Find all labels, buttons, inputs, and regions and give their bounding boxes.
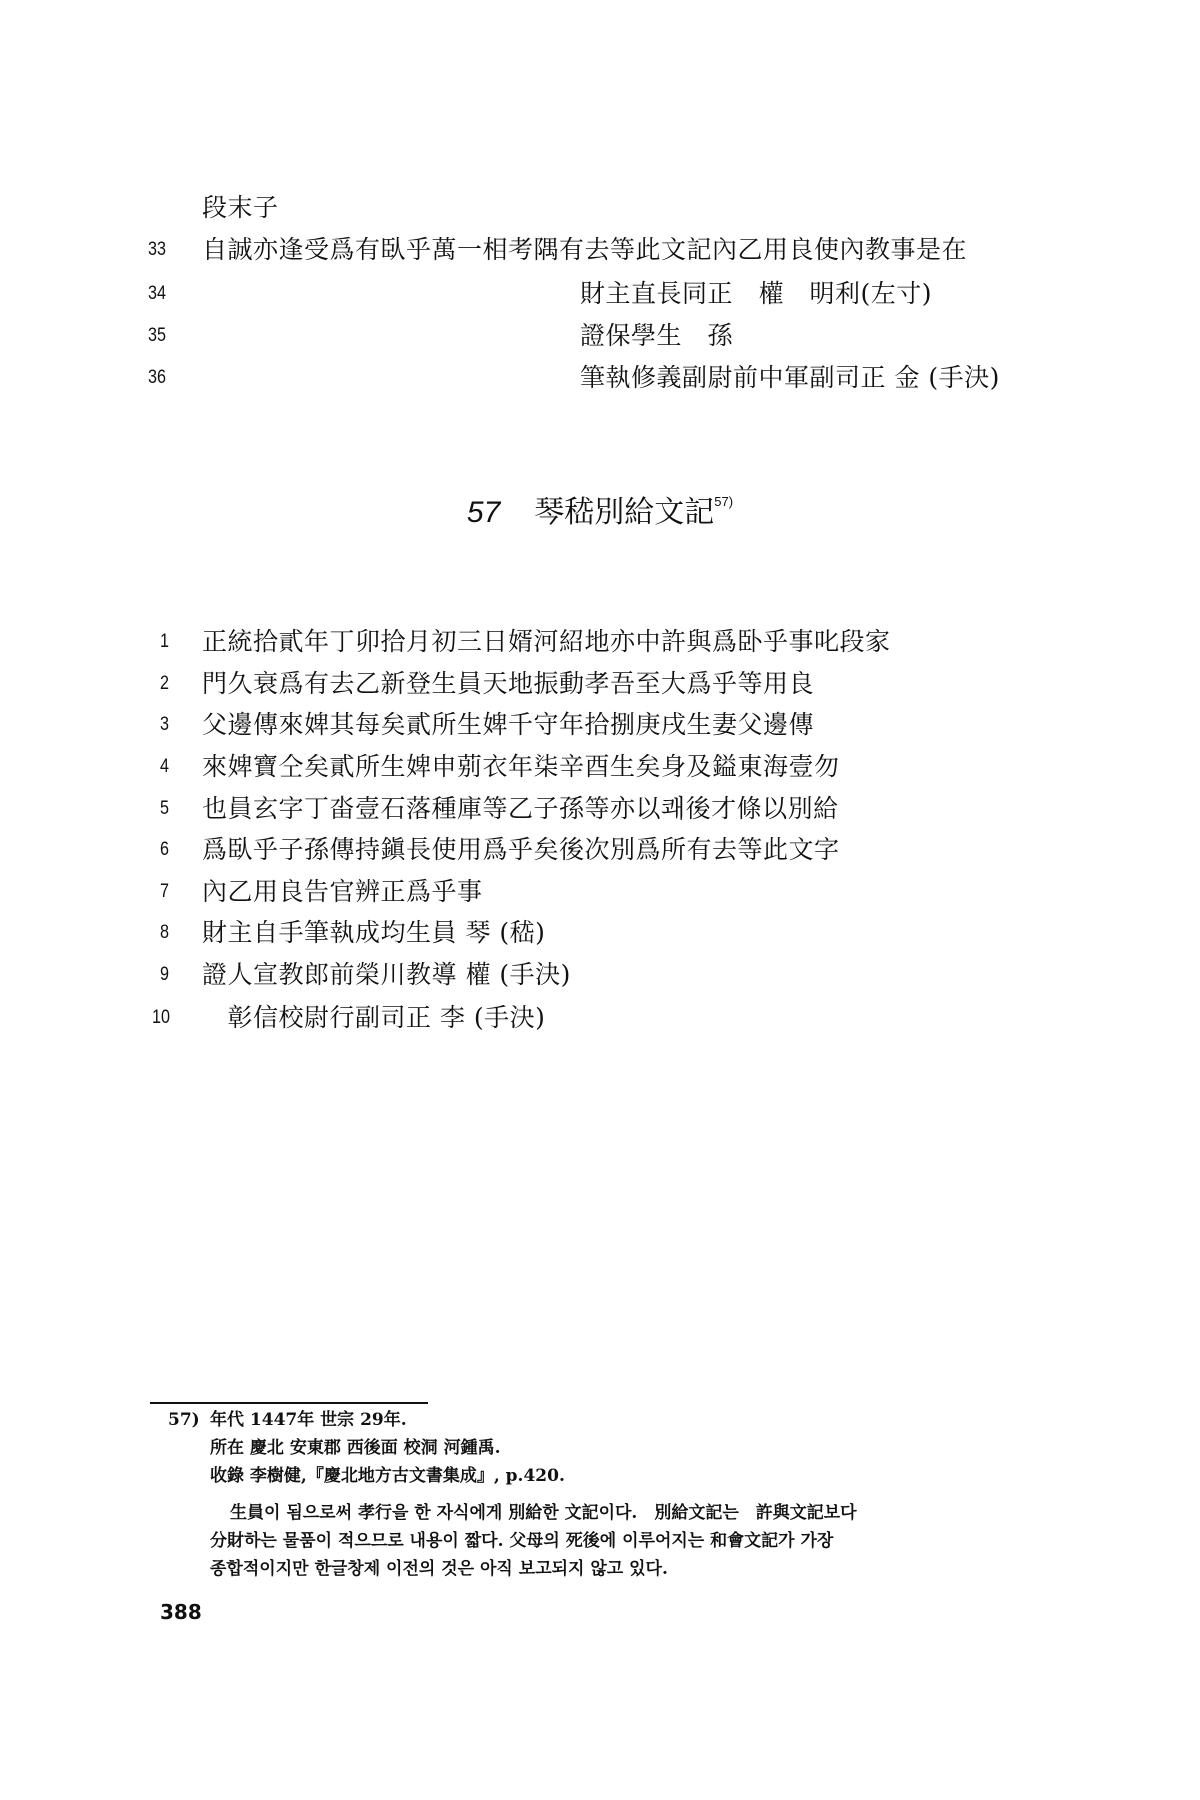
line-number: 6 (160, 830, 169, 870)
page-number: 388 (160, 1600, 202, 1624)
footnote-para-2: 分財하는 물품이 적으므로 내용이 짧다. 父母의 死後에 이루어지는 和會文記… (210, 1527, 833, 1555)
line-number: 2 (160, 664, 169, 704)
line-text: 門久衰爲有去乙新登生員天地振動孝吾至大爲乎等用良 (202, 664, 814, 704)
document-title-text: 琴嵇別給文記 (534, 495, 714, 530)
line-33: 33 自誠亦逢受爲有臥乎萬一相考隅有去等此文記內乙用良使內教事是在 (0, 230, 1200, 270)
doc-line-10: 10 彰信校尉行副司正 李 (手決) (0, 998, 1200, 1038)
doc-line-8: 8 財主自手筆執成均生員 琴 (嵇) (0, 913, 1200, 953)
footnote-source: 收錄 李樹健,『慶北地方古文書集成』, p.420. (210, 1462, 565, 1490)
line-34: 34 財主直長同正 權 明利(左寸) (0, 274, 1200, 314)
footnote-ref: 57) (714, 494, 733, 509)
line-number: 1 (160, 622, 169, 662)
doc-line-4: 4 來婢寶仝矣貳所生婢申莂衣年柒辛酉生矣身及鎰東海壹勿 (0, 747, 1200, 787)
line-number: 9 (160, 955, 169, 995)
line-text: 筆執修義副尉前中軍副司正 金 (手決) (580, 358, 1000, 398)
document-title: 57琴嵇別給文記57) (0, 480, 1200, 535)
footnote-divider (150, 1402, 428, 1404)
line-number: 7 (160, 872, 169, 912)
line-number: 4 (160, 747, 169, 787)
doc-line-3: 3 父邊傳來婢其每矣貳所生婢千守年拾捌庚戌生妻父邊傳 (0, 705, 1200, 745)
line-text: 正統拾貳年丁卯拾月初三日婿河紹地亦中許與爲卧乎事叱段家 (202, 622, 891, 662)
line-35: 35 證保學生 孫 (0, 316, 1200, 356)
doc-line-1: 1 正統拾貳年丁卯拾月初三日婿河紹地亦中許與爲卧乎事叱段家 (0, 622, 1200, 662)
line-text: 證人宣教郎前榮川教導 權 (手決) (202, 955, 571, 995)
line-number: 34 (148, 274, 166, 314)
line-text: 證保學生 孫 (580, 316, 733, 356)
line-number: 8 (160, 913, 169, 953)
line-number: 35 (148, 316, 166, 356)
doc-line-5: 5 也員玄字丁畓壹石落種庫等乙子孫等亦以쾌後才條以別給 (0, 789, 1200, 829)
line-number: 3 (160, 705, 169, 745)
footnote-marker: 57) (168, 1406, 200, 1434)
line-text: 自誠亦逢受爲有臥乎萬一相考隅有去等此文記內乙用良使內教事是在 (202, 230, 967, 270)
preline-text: 段末子 (202, 188, 279, 228)
document-number: 57 (467, 496, 500, 529)
line-text: 財主直長同正 權 明利(左寸) (580, 274, 932, 314)
footnote-era: 年代 1447年 世宗 29年. (210, 1406, 407, 1434)
doc-line-2: 2 門久衰爲有去乙新登生員天地振動孝吾至大爲乎等用良 (0, 664, 1200, 704)
line-text: 來婢寶仝矣貳所生婢申莂衣年柒辛酉生矣身及鎰東海壹勿 (202, 747, 840, 787)
line-36: 36 筆執修義副尉前中軍副司正 金 (手決) (0, 358, 1200, 398)
footnote-location: 所在 慶北 安東郡 西後面 校洞 河鍾禹. (210, 1434, 501, 1462)
line-number: 36 (148, 358, 166, 398)
doc-line-9: 9 證人宣教郎前榮川教導 權 (手決) (0, 955, 1200, 995)
line-number: 5 (160, 789, 169, 829)
doc-line-6: 6 爲臥乎子孫傳持鎭長使用爲乎矣後次別爲所有去等此文字 (0, 830, 1200, 870)
line-text: 爲臥乎子孫傳持鎭長使用爲乎矣後次別爲所有去等此文字 (202, 830, 840, 870)
line-text: 父邊傳來婢其每矣貳所生婢千守年拾捌庚戌生妻父邊傳 (202, 705, 814, 745)
line-text: 彰信校尉行副司正 李 (手決) (202, 998, 545, 1038)
footnote-para-1: 生員이 됨으로써 孝行을 한 자식에게 別給한 文記이다. 別給文記는 許與文記… (230, 1499, 857, 1527)
line-text: 內乙用良告官辨正爲乎事 (202, 872, 483, 912)
line-text: 財主自手筆執成均生員 琴 (嵇) (202, 913, 545, 953)
footnote-para-3: 종합적이지만 한글창제 이전의 것은 아직 보고되지 않고 있다. (210, 1555, 668, 1583)
doc-line-7: 7 內乙用良告官辨正爲乎事 (0, 872, 1200, 912)
line-number: 10 (152, 998, 170, 1038)
line-text: 也員玄字丁畓壹石落種庫等乙子孫等亦以쾌後才條以別給 (202, 789, 839, 829)
line-number: 33 (148, 230, 166, 270)
